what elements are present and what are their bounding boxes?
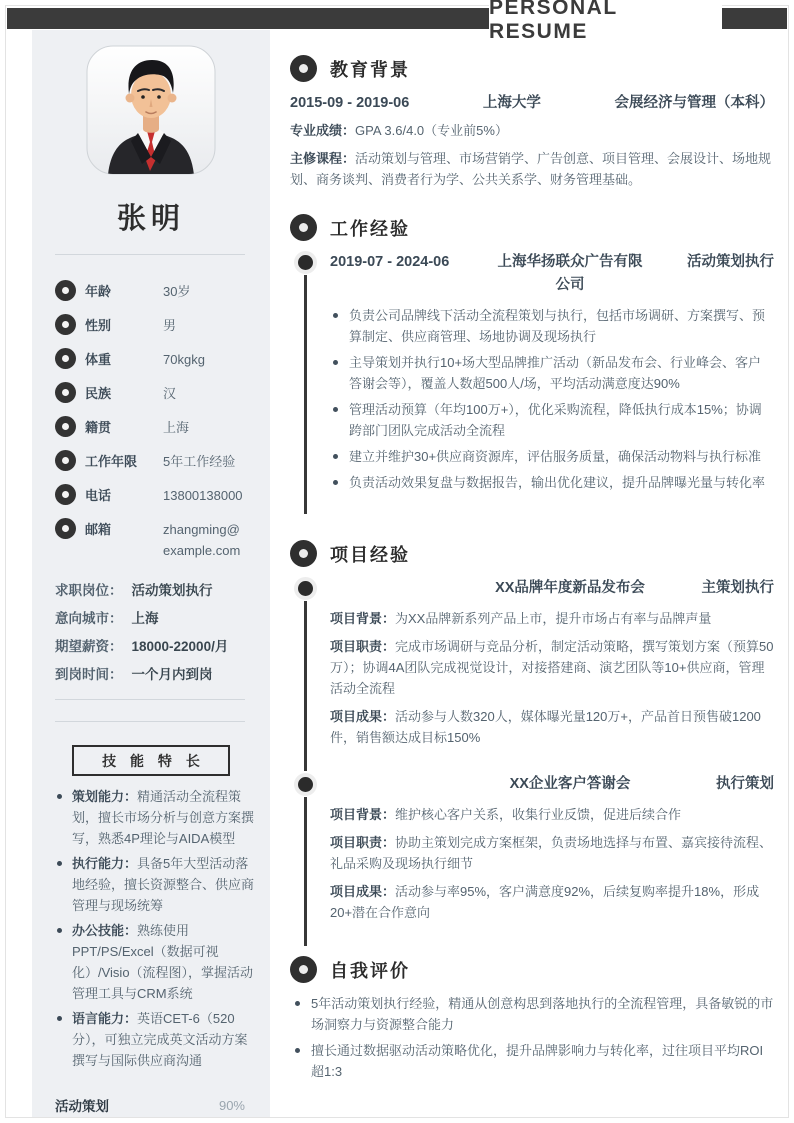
work-company: 上海华扬联众广告有限公司 — [493, 251, 647, 297]
section-header: 自我评价 — [290, 956, 774, 983]
intent-row: 求职岗位： 活动策划执行 — [55, 580, 254, 601]
project-detail-text: 为XX品牌新系列产品上市，提升市场占有率与品牌声量 — [395, 611, 711, 626]
project-detail-text: 协助主策划完成方案框架，负责场地选择与布置、嘉宾接待流程、礼品采购及现场执行细节 — [330, 835, 772, 871]
work-bullet: 负责活动效果复盘与数据报告，输出优化建议，提升品牌曝光量与转化率 — [330, 472, 774, 493]
info-value: 5年工作经验 — [163, 450, 252, 472]
skill-label: 语言能力： — [72, 1011, 137, 1026]
progress-label: 活动策划 — [55, 1095, 109, 1115]
work-bullet-list: 负责公司品牌线下活动全流程策划与执行，包括市场调研、方案撰写、预算制定、供应商管… — [330, 305, 774, 493]
project-name: XX品牌年度新品发布会 — [495, 577, 645, 600]
project-detail-label: 项目成果： — [330, 884, 395, 899]
avatar — [86, 45, 216, 175]
timeline-dot-icon — [298, 777, 313, 792]
info-label: 性别 — [85, 314, 163, 336]
work-period: 2019-07 - 2024-06 — [330, 251, 478, 274]
info-value: 30岁 — [163, 280, 252, 302]
project-detail-row: 项目背景：为XX品牌新系列产品上市，提升市场占有率与品牌声量 — [330, 608, 774, 629]
intent-value: 上海 — [132, 608, 159, 629]
intent-label: 求职岗位： — [55, 580, 123, 601]
intent-label: 到岗时间： — [55, 664, 123, 685]
project-detail-text: 完成市场调研与竞品分析，制定活动策略，撰写策划方案（预算50万）；协调4A团队完… — [330, 639, 773, 696]
work-bullet: 管理活动预算（年均100万+），优化采购流程，降低执行成本15%；协调跨部门团队… — [330, 399, 774, 441]
skill-label: 执行能力： — [72, 856, 137, 871]
project-role: 执行策划 — [662, 773, 774, 796]
dot-icon — [57, 928, 62, 933]
evaluation-bullet: 擅长通过数据驱动活动策略优化，提升品牌影响力与转化率，过往项目平均ROI超1:3 — [292, 1040, 774, 1082]
work-bullet: 负责公司品牌线下活动全流程策划与执行，包括市场调研、方案撰写、预算制定、供应商管… — [330, 305, 774, 347]
section-evaluation: 自我评价 5年活动策划执行经验，精通从创意构思到落地执行的全流程管理，具备敏锐的… — [290, 956, 774, 1082]
section-work: 工作经验 2019-07 - 2024-06 上海华扬联众广告有限公司 活动策划… — [290, 214, 774, 516]
info-label: 年龄 — [85, 280, 163, 302]
section-title: 自我评价 — [330, 957, 410, 983]
donut-circle-icon — [55, 280, 76, 301]
male-portrait-icon — [86, 45, 216, 175]
education-school: 上海大学 — [483, 92, 541, 114]
info-row: 年龄 30岁 — [55, 280, 252, 302]
donut-circle-icon — [55, 348, 76, 369]
info-row: 籍贯 上海 — [55, 416, 252, 438]
project-name: XX企业客户答谢会 — [510, 773, 631, 796]
info-value: 汉 — [163, 382, 252, 404]
page-title: PERSONAL RESUME — [489, 0, 722, 44]
info-value: zhangming@ example.com — [163, 518, 252, 561]
section-education: 教育背景 2015-09 - 2019-06 上海大学 会展经济与管理（本科） … — [290, 55, 774, 190]
info-label: 籍贯 — [85, 416, 163, 438]
section-header: 项目经验 — [290, 540, 774, 567]
info-row: 民族 汉 — [55, 382, 252, 404]
resume-title-box: PERSONAL RESUME — [489, 0, 722, 40]
dot-icon — [333, 480, 338, 485]
info-label: 电话 — [85, 484, 163, 506]
section-header: 教育背景 — [290, 55, 774, 82]
intent-row: 意向城市： 上海 — [55, 608, 254, 629]
info-label: 工作年限 — [85, 450, 163, 472]
info-label: 邮箱 — [85, 518, 163, 540]
project-detail-label: 项目成果： — [330, 709, 395, 724]
donut-circle-icon — [55, 484, 76, 505]
candidate-name: 张明 — [32, 196, 270, 237]
project-detail-rows: 项目背景：为XX品牌新系列产品上市，提升市场占有率与品牌声量 项目职责：完成市场… — [330, 608, 774, 748]
divider — [55, 721, 245, 722]
info-row: 电话 13800138000 — [55, 484, 252, 506]
work-bullet: 建立并维护30+供应商资源库，评估服务质量，确保活动物料与执行标准 — [330, 446, 774, 467]
intent-label: 意向城市： — [55, 608, 123, 629]
project-detail-row: 项目职责：协助主策划完成方案框架，负责场地选择与布置、嘉宾接待流程、礼品采购及现… — [330, 832, 774, 874]
courses-label: 主修课程： — [290, 151, 355, 166]
project-name-wrap: XX企业客户答谢会 — [478, 773, 662, 796]
dot-icon — [295, 1001, 300, 1006]
project-detail-label: 项目职责： — [330, 639, 395, 654]
project-detail-row: 项目成果：活动参与率95%，客户满意度92%，后续复购率提升18%，形成20+潜… — [330, 881, 774, 923]
skill-item: 执行能力：具备5年大型活动落地经验，擅长资源整合、供应商管理与现场统筹 — [55, 853, 256, 916]
divider — [55, 254, 245, 255]
donut-circle-icon — [290, 540, 317, 567]
info-value: 70kgkg — [163, 348, 252, 370]
work-timeline-item: 2019-07 - 2024-06 上海华扬联众广告有限公司 活动策划执行 负责… — [298, 251, 774, 516]
project-name-wrap: XX品牌年度新品发布会 — [478, 577, 662, 600]
info-value: 上海 — [163, 416, 252, 438]
info-row: 工作年限 5年工作经验 — [55, 450, 252, 472]
project-detail-row: 项目职责：完成市场调研与竞品分析，制定活动策略，撰写策划方案（预算50万）；协调… — [330, 636, 774, 699]
info-label: 民族 — [85, 382, 163, 404]
project-detail-row: 项目背景：维护核心客户关系，收集行业反馈，促进后续合作 — [330, 804, 774, 825]
intent-value: 18000-22000/月 — [132, 636, 229, 657]
dot-icon — [333, 454, 338, 459]
info-value: 13800138000 — [163, 484, 252, 506]
timeline-dot-icon — [298, 581, 313, 596]
donut-circle-icon — [55, 382, 76, 403]
project-timeline-item: XX品牌年度新品发布会 主策划执行 项目背景：为XX品牌新系列产品上市，提升市场… — [298, 577, 774, 773]
donut-circle-icon — [290, 214, 317, 241]
work-company-wrap: 上海华扬联众广告有限公司 — [478, 251, 662, 297]
section-projects: 项目经验 XX品牌年度新品发布会 主策划执行 项目背景：为XX品牌新系列产品上市… — [290, 540, 774, 948]
project-detail-text: 活动参与人数320人，媒体曝光量120万+，产品首日预售破1200件，销售额达成… — [330, 709, 761, 745]
dot-icon — [333, 360, 338, 365]
job-intent-list: 求职岗位： 活动策划执行 意向城市： 上海 期望薪资： 18000-22000/… — [55, 580, 254, 685]
intent-label: 期望薪资： — [55, 636, 123, 657]
project-header-row: XX企业客户答谢会 执行策划 — [330, 773, 774, 796]
education-summary-row: 2015-09 - 2019-06 上海大学 会展经济与管理（本科） — [290, 92, 774, 114]
intent-row: 期望薪资： 18000-22000/月 — [55, 636, 254, 657]
project-detail-text: 维护核心客户关系，收集行业反馈，促进后续合作 — [395, 807, 681, 822]
info-row: 邮箱 zhangming@ example.com — [55, 518, 252, 561]
personal-info-list: 年龄 30岁 性别 男 体重 70kgkg 民族 汉 — [55, 280, 252, 561]
project-detail-label: 项目背景： — [330, 807, 395, 822]
education-major: 会展经济与管理（本科） — [614, 92, 774, 114]
evaluation-bullet-text: 擅长通过数据驱动活动策略优化，提升品牌影响力与转化率，过往项目平均ROI超1:3 — [311, 1040, 774, 1082]
skill-text: 办公技能：熟练使用PPT/PS/Excel（数据可视化）/Visio（流程图），… — [72, 920, 256, 1004]
section-title: 工作经验 — [330, 215, 410, 241]
skill-text: 执行能力：具备5年大型活动落地经验，擅长资源整合、供应商管理与现场统筹 — [72, 853, 256, 916]
dot-icon — [295, 1048, 300, 1053]
project-detail-label: 项目背景： — [330, 611, 395, 626]
info-row: 性别 男 — [55, 314, 252, 336]
evaluation-bullet: 5年活动策划执行经验，精通从创意构思到落地执行的全流程管理，具备敏锐的市场洞察力… — [292, 993, 774, 1035]
work-bullet-text: 管理活动预算（年均100万+），优化采购流程，降低执行成本15%；协调跨部门团队… — [349, 399, 774, 441]
section-title: 项目经验 — [330, 541, 410, 567]
donut-circle-icon — [55, 518, 76, 539]
skill-item: 办公技能：熟练使用PPT/PS/Excel（数据可视化）/Visio（流程图），… — [55, 920, 256, 1004]
gpa-line: 专业成绩：GPA 3.6/4.0（专业前5%） — [290, 120, 774, 141]
gpa-label: 专业成绩： — [290, 123, 355, 138]
work-bullet-text: 主导策划并执行10+场大型品牌推广活动（新品发布会、行业峰会、客户答谢会等），覆… — [349, 352, 774, 394]
info-value: 男 — [163, 314, 252, 336]
project-detail-text: 活动参与率95%，客户满意度92%，后续复购率提升18%，形成20+潜在合作意向 — [330, 884, 759, 920]
sidebar: 张明 年龄 30岁 性别 男 体重 70kgkg 民族 — [32, 30, 270, 1117]
resume-page: { "header": { "title": "PERSONAL RESUME"… — [0, 0, 794, 1123]
info-row: 体重 70kgkg — [55, 348, 252, 370]
intent-value: 一个月内到岗 — [132, 664, 213, 685]
intent-row: 到岗时间： 一个月内到岗 — [55, 664, 254, 685]
skill-text: 策划能力：精通活动全流程策划，擅长市场分析与创意方案撰写，熟悉4P理论与AIDA… — [72, 786, 256, 849]
work-bullet-text: 负责公司品牌线下活动全流程策划与执行，包括市场调研、方案撰写、预算制定、供应商管… — [349, 305, 774, 347]
timeline-dot-icon — [298, 255, 313, 270]
project-timeline-item: XX企业客户答谢会 执行策划 项目背景：维护核心客户关系，收集行业反馈，促进后续… — [298, 773, 774, 948]
skill-text: 语言能力：英语CET-6（520分），可独立完成英文活动方案撰写与国际供应商沟通 — [72, 1008, 256, 1071]
donut-circle-icon — [55, 314, 76, 335]
project-role: 主策划执行 — [662, 577, 774, 600]
dot-icon — [57, 1016, 62, 1021]
project-detail-label: 项目职责： — [330, 835, 395, 850]
dot-icon — [333, 313, 338, 318]
skills-title-box: 技 能 特 长 — [72, 745, 230, 776]
skills-title: 技 能 特 长 — [102, 751, 205, 771]
project-header-row: XX品牌年度新品发布会 主策划执行 — [330, 577, 774, 600]
skill-label: 办公技能： — [72, 923, 137, 938]
evaluation-bullet-text: 5年活动策划执行经验，精通从创意构思到落地执行的全流程管理，具备敏锐的市场洞察力… — [311, 993, 774, 1035]
progress-value: 90% — [219, 1098, 245, 1113]
donut-circle-icon — [55, 450, 76, 471]
work-bullet-text: 负责活动效果复盘与数据报告，输出优化建议，提升品牌曝光量与转化率 — [349, 472, 765, 493]
dot-icon — [57, 861, 62, 866]
donut-circle-icon — [290, 956, 317, 983]
project-detail-row: 项目成果：活动参与人数320人，媒体曝光量120万+，产品首日预售破1200件，… — [330, 706, 774, 748]
info-label: 体重 — [85, 348, 163, 370]
courses-value: 活动策划与管理、市场营销学、广告创意、项目管理、会展设计、场地规划、商务谈判、消… — [290, 151, 771, 187]
work-bullet-text: 建立并维护30+供应商资源库，评估服务质量，确保活动物料与执行标准 — [349, 446, 761, 467]
work-bullet: 主导策划并执行10+场大型品牌推广活动（新品发布会、行业峰会、客户答谢会等），覆… — [330, 352, 774, 394]
gpa-value: GPA 3.6/4.0（专业前5%） — [355, 123, 508, 138]
skill-item: 语言能力：英语CET-6（520分），可独立完成英文活动方案撰写与国际供应商沟通 — [55, 1008, 256, 1071]
project-list: XX品牌年度新品发布会 主策划执行 项目背景：为XX品牌新系列产品上市，提升市场… — [290, 577, 774, 948]
evaluation-bullet-list: 5年活动策划执行经验，精通从创意构思到落地执行的全流程管理，具备敏锐的市场洞察力… — [292, 993, 774, 1082]
skill-item: 策划能力：精通活动全流程策划，擅长市场分析与创意方案撰写，熟悉4P理论与AIDA… — [55, 786, 256, 849]
skill-progress-row: 活动策划 90% — [55, 1095, 245, 1115]
work-header-row: 2019-07 - 2024-06 上海华扬联众广告有限公司 活动策划执行 — [330, 251, 774, 297]
skill-label: 策划能力： — [72, 789, 137, 804]
main-content: 教育背景 2015-09 - 2019-06 上海大学 会展经济与管理（本科） … — [290, 55, 774, 1087]
section-title: 教育背景 — [330, 56, 410, 82]
dot-icon — [57, 794, 62, 799]
section-header: 工作经验 — [290, 214, 774, 241]
skills-list: 策划能力：精通活动全流程策划，擅长市场分析与创意方案撰写，熟悉4P理论与AIDA… — [55, 786, 256, 1071]
dot-icon — [333, 407, 338, 412]
work-role: 活动策划执行 — [662, 251, 774, 274]
donut-circle-icon — [55, 416, 76, 437]
divider — [55, 699, 245, 700]
intent-value: 活动策划执行 — [132, 580, 213, 601]
courses-line: 主修课程：活动策划与管理、市场营销学、广告创意、项目管理、会展设计、场地规划、商… — [290, 148, 774, 190]
project-detail-rows: 项目背景：维护核心客户关系，收集行业反馈，促进后续合作 项目职责：协助主策划完成… — [330, 804, 774, 923]
education-period: 2015-09 - 2019-06 — [290, 92, 409, 114]
donut-circle-icon — [290, 55, 317, 82]
